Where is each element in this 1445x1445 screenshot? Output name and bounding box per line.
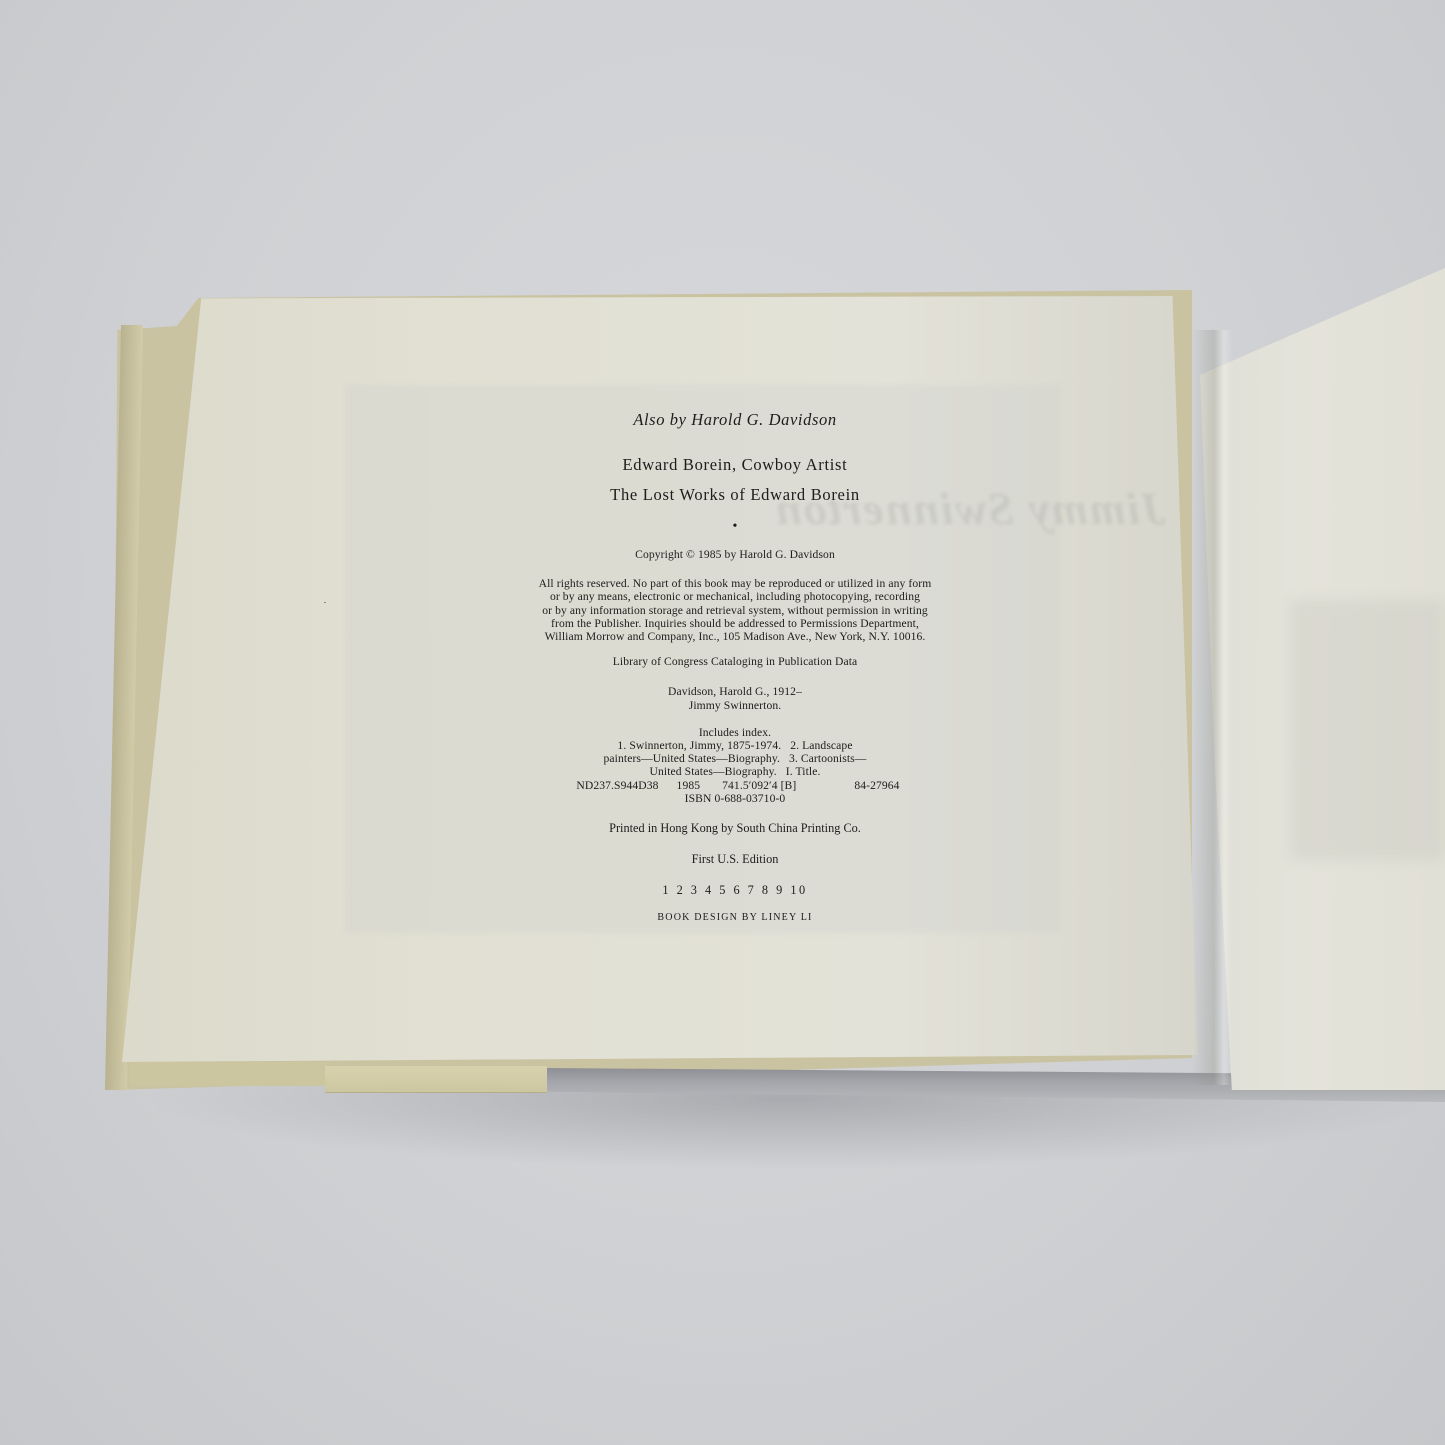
lccn: 84-27964 (854, 779, 899, 792)
cip-author-block: Davidson, Harold G., 1912– Jimmy Swinner… (470, 685, 1000, 711)
rights-line: from the Publisher. Inquiries should be … (470, 617, 1000, 630)
rights-line: or by any information storage and retrie… (470, 604, 1000, 617)
cip-subject-block: Includes index. 1. Swinnerton, Jimmy, 18… (470, 726, 1000, 805)
printer-line: Printed in Hong Kong by South China Prin… (470, 821, 1000, 836)
cip-note: Includes index. (470, 726, 1000, 739)
printing-number-line: 1 2 3 4 5 6 7 8 9 10 (470, 883, 1000, 898)
cip-title: Jimmy Swinnerton. (470, 699, 1000, 712)
right-page-show-through (1290, 600, 1445, 860)
rights-line: All rights reserved. No part of this boo… (470, 577, 1000, 590)
dust-jacket-flap (325, 1066, 547, 1093)
isbn: ISBN 0-688-03710-0 (470, 792, 1000, 805)
cip-classification-row: ND237.S944D38 1985 741.5′092′4 [B] 84-27… (476, 779, 1000, 792)
rights-line: William Morrow and Company, Inc., 105 Ma… (470, 630, 1000, 643)
paper-speck (324, 602, 326, 603)
cip-subject: painters—United States—Biography. 3. Car… (470, 752, 1000, 765)
call-number: ND237.S944D38 (576, 779, 658, 792)
other-title: Edward Borein, Cowboy Artist (470, 450, 1000, 480)
cip-subject: United States—Biography. I. Title. (470, 765, 1000, 778)
loc-cip-heading: Library of Congress Cataloging in Public… (470, 655, 1000, 668)
copyright-page-text: Also by Harold G. Davidson Edward Borein… (470, 410, 1000, 923)
rights-line: or by any means, electronic or mechanica… (470, 590, 1000, 603)
cip-author: Davidson, Harold G., 1912– (470, 685, 1000, 698)
book-gutter (1192, 330, 1232, 1085)
cip-year: 1985 (677, 779, 701, 792)
dewey-number: 741.5′092′4 [B] (722, 779, 796, 792)
other-title: The Lost Works of Edward Borein (470, 480, 1000, 510)
dust-jacket-edge (130, 1062, 330, 1086)
copyright-line: Copyright © 1985 by Harold G. Davidson (470, 548, 1000, 561)
design-credit: BOOK DESIGN BY LINEY LI (470, 912, 1000, 923)
bullet-separator: • (470, 520, 1000, 534)
edition-line: First U.S. Edition (470, 852, 1000, 867)
rights-notice: All rights reserved. No part of this boo… (470, 577, 1000, 643)
cip-subject: 1. Swinnerton, Jimmy, 1875-1974. 2. Land… (470, 739, 1000, 752)
also-by-heading: Also by Harold G. Davidson (470, 410, 1000, 430)
